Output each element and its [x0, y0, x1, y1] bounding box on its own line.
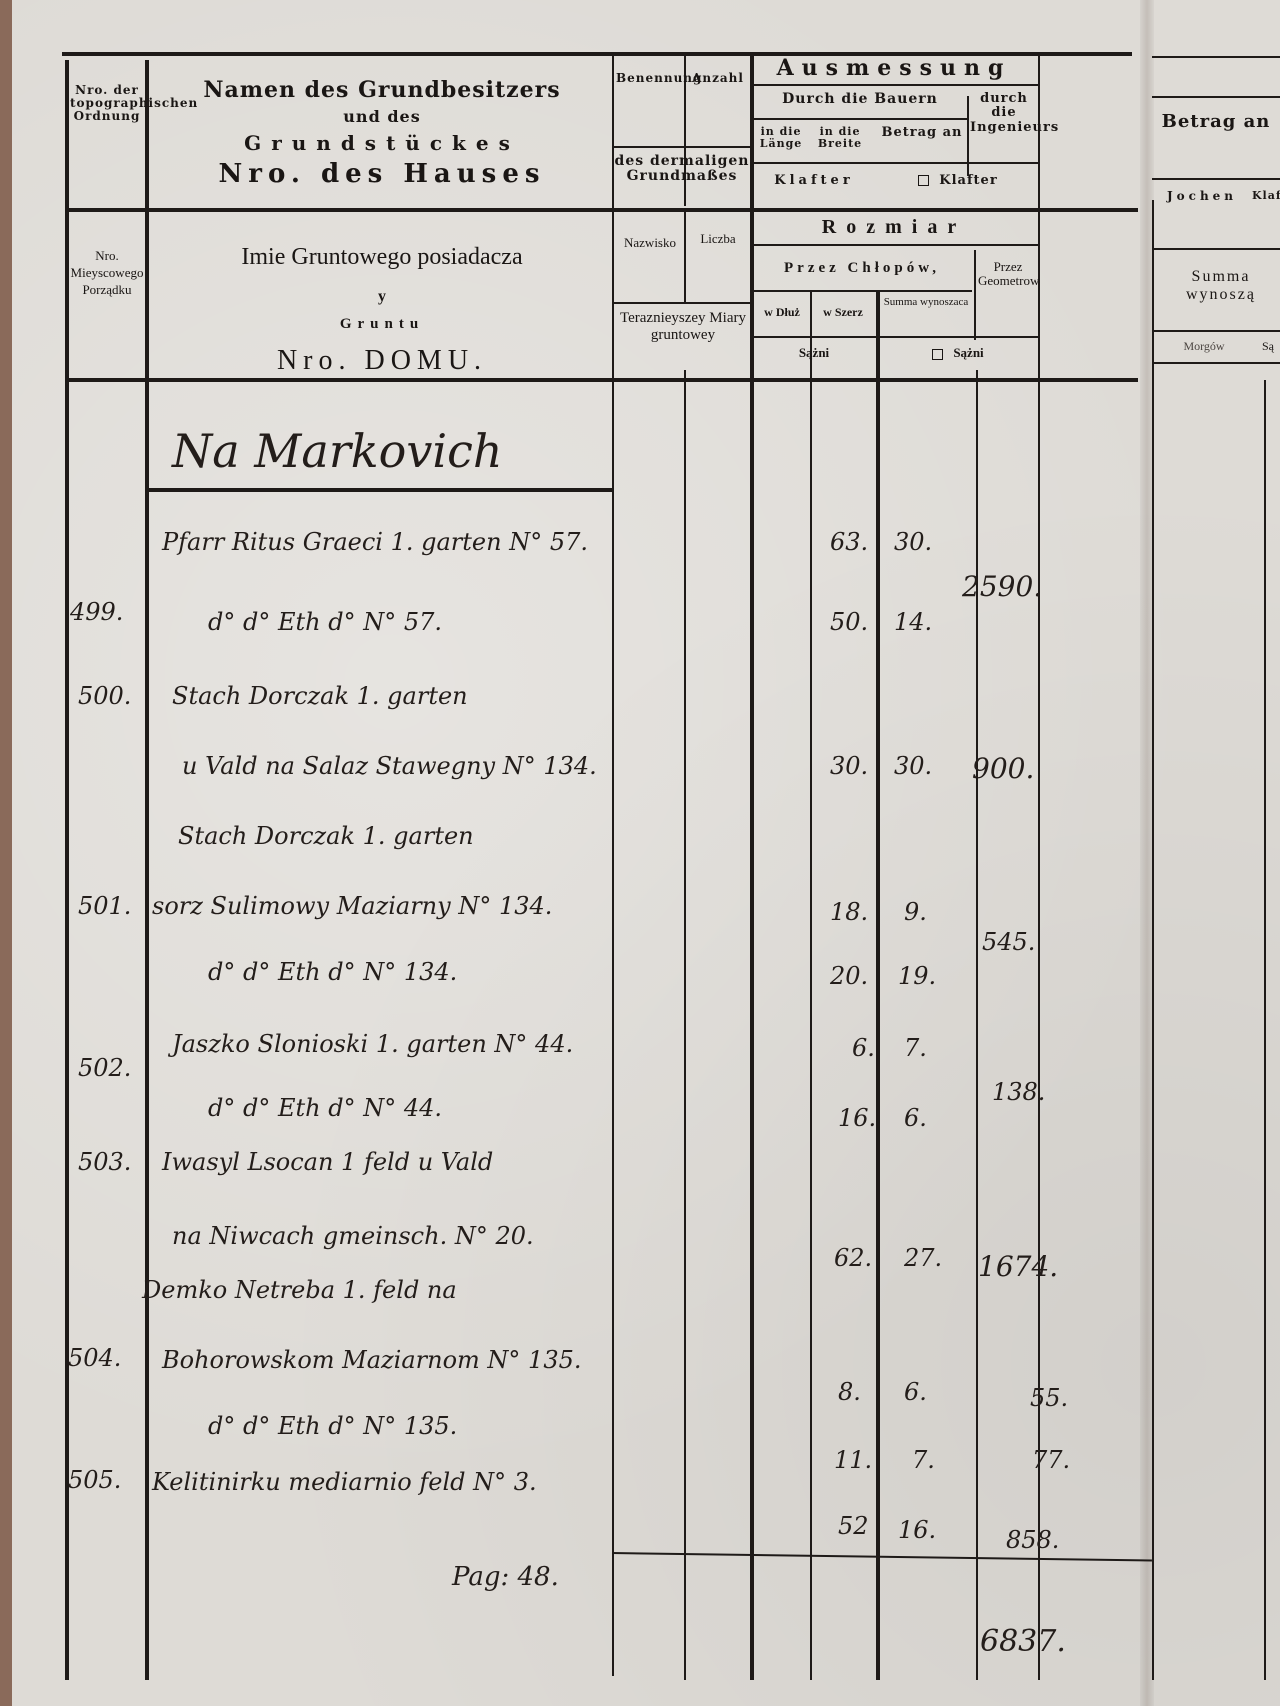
nazwisko-bottom: [612, 302, 750, 304]
header-sazni-sq-label: Sążni: [953, 345, 983, 360]
row-text: Stach Dorczak 1. garten: [172, 682, 468, 710]
row-dluz: 11.: [834, 1446, 872, 1474]
header-name-de-1: Namen des Grundbesitzers: [152, 78, 612, 102]
row-szerz: 7.: [912, 1446, 935, 1474]
row-text: Pfarr Ritus Graeci 1. garten N° 57.: [162, 528, 588, 556]
row-text: Bohorowskom Maziarnom N° 135.: [162, 1346, 582, 1374]
header-name-pl-1: Imie Gruntowego posiadacza: [152, 244, 612, 270]
row-text: Demko Netreba 1. feld na: [142, 1276, 457, 1304]
header-nazwisko: Nazwisko: [616, 236, 684, 250]
benennung-bottom: [612, 146, 750, 148]
row-summa: 1674.: [978, 1250, 1058, 1283]
header-klafter-sq: Klafter: [880, 174, 1036, 188]
right-morgow-rule: [1152, 362, 1280, 364]
geometrow-col-border: [1038, 56, 1040, 1680]
header-name-pl-4: Nro. DOMU.: [152, 346, 612, 377]
liczba-col-border: [684, 370, 686, 1680]
header-breite: in die Breite: [812, 126, 868, 150]
ausmessung-bottom: [752, 84, 1038, 86]
row-szerz: 6.: [904, 1378, 927, 1406]
rozmiar-bottom: [752, 244, 1038, 246]
header-rozmiar: Rozmiar: [754, 216, 1034, 238]
header-liczba: Liczba: [688, 232, 748, 246]
header-right-betrag: Betrag an: [1156, 112, 1276, 132]
row-dluz: 6.: [852, 1034, 875, 1062]
header-right-summa: Summa wynoszą: [1156, 268, 1280, 303]
header-name-de-4: Nro. des Hauses: [152, 160, 612, 189]
right-rozm-rule: [1152, 248, 1280, 250]
header-bottom-rule: [68, 378, 1138, 382]
header-morgow: Morgów: [1156, 340, 1252, 353]
row-szerz: 7.: [904, 1034, 927, 1062]
row-dluz: 52: [838, 1512, 869, 1540]
row-text: d° d° Eth d° N° 44.: [208, 1094, 442, 1122]
header-right-sa: Są: [1262, 340, 1280, 353]
row-dluz: 18.: [830, 898, 868, 926]
header-name-pl-2: y: [152, 288, 612, 306]
grand-total: 6837.: [980, 1624, 1066, 1659]
row-nro: 501.: [78, 892, 131, 920]
section-title: Na Markovich: [172, 424, 502, 478]
square-icon: [932, 349, 943, 360]
right-page-col-border-2: [1264, 380, 1266, 1680]
summa-col-border: [976, 370, 978, 1680]
row-nro: 505.: [68, 1466, 121, 1494]
ledger-page: Nro. der topographischen Ordnung Namen d…: [12, 0, 1280, 1706]
row-text: u Vald na Salaz Stawegny N° 134.: [182, 752, 597, 780]
dluz-bottom: [752, 336, 1038, 338]
right-betrag-rule: [1152, 178, 1280, 180]
ausmessung-left-border: [750, 56, 754, 1680]
right-page-col-border: [1152, 200, 1154, 1680]
header-betrag: Betrag an: [878, 126, 966, 140]
row-dluz: 50.: [830, 608, 868, 636]
right-ausm-rule: [1152, 96, 1280, 98]
dluz-col-border: [810, 290, 812, 1680]
square-icon: [918, 175, 929, 186]
name-col-border: [612, 56, 614, 1676]
row-summa: 138.: [992, 1078, 1045, 1106]
header-klafter-sq-label: Klafter: [939, 173, 997, 188]
header-durch-bauern: Durch die Bauern: [754, 92, 966, 107]
row-szerz: 16.: [898, 1516, 936, 1544]
header-ausmessung: Ausmessung: [754, 56, 1034, 80]
row-summa: 900.: [972, 752, 1034, 785]
nro-col-border: [145, 60, 149, 1680]
header-right-klafter: Klaft: [1252, 190, 1280, 202]
header-nro-pl: Nro. Mieyscowego Porządku: [70, 248, 144, 299]
row-nro: 500.: [78, 682, 131, 710]
header-miary: Teraznieyszey Miary gruntowey: [616, 310, 750, 343]
row-szerz: 14.: [894, 608, 932, 636]
row-text: Kelitinirku mediarnio feld N° 3.: [152, 1468, 537, 1496]
row-nro: 502.: [78, 1054, 131, 1082]
header-przez-chlopow: Przez Chłopów,: [754, 260, 970, 277]
bauern-bottom: [752, 118, 967, 120]
row-summa: 858.: [1006, 1526, 1059, 1554]
header-klafter: Klafter: [754, 174, 874, 188]
row-szerz: 30.: [894, 528, 932, 556]
row-dluz: 8.: [838, 1378, 861, 1406]
row-nro: 504.: [68, 1344, 121, 1372]
row-text: na Niwcach gmeinsch. N° 20.: [172, 1222, 534, 1250]
header-benennung: Benennung: [616, 72, 682, 85]
row-szerz: 9.: [904, 898, 927, 926]
row-dluz: 20.: [830, 962, 868, 990]
szerz-col-border: [876, 290, 880, 1680]
row-text: Jaszko Slonioski 1. garten N° 44.: [172, 1030, 573, 1058]
header-laenge: in die Länge: [754, 126, 808, 150]
header-nro-de: Nro. der topographischen Ordnung: [70, 84, 144, 124]
german-polish-divider: [68, 208, 1138, 212]
row-text: Stach Dorczak 1. garten: [178, 822, 474, 850]
row-dluz: 16.: [838, 1104, 876, 1132]
row-text: sorz Sulimowy Maziarny N° 134.: [152, 892, 552, 920]
row-nro: 499.: [70, 598, 123, 626]
row-summa: 55.: [1030, 1384, 1068, 1412]
row-text: d° d° Eth d° N° 134.: [208, 958, 457, 986]
header-grundmass: des dermaligen Grundmaßes: [614, 154, 750, 185]
header-przez-geometrow: Przez Geometrow: [978, 260, 1038, 289]
row-text: d° d° Eth d° N° 135.: [208, 1412, 457, 1440]
right-summa-rule: [1152, 330, 1280, 332]
header-joch: Jochen: [1156, 190, 1248, 203]
right-top-rule: [1152, 56, 1280, 58]
row-szerz: 19.: [898, 962, 936, 990]
page-reference: Pag: 48.: [452, 1562, 559, 1592]
row-szerz: 6.: [904, 1104, 927, 1132]
header-sazni-sq: Sążni: [880, 346, 1036, 360]
nazwisko-divider: [684, 212, 686, 302]
row-dluz: 30.: [830, 752, 868, 780]
row-szerz: 30.: [894, 752, 932, 780]
header-summa-wynoszaca: Summa wynoszaca: [880, 296, 972, 308]
row-dluz: 63.: [830, 528, 868, 556]
header-name-pl-3: Gruntu: [152, 316, 612, 333]
chlopow-bottom: [752, 290, 972, 292]
row-text: Iwasyl Lsocan 1 feld u Vald: [162, 1148, 493, 1176]
ingenieurs-divider: [967, 96, 969, 176]
row-summa: 77.: [1032, 1446, 1070, 1474]
header-w-dluz: w Dłuż: [754, 306, 810, 319]
laenge-bottom: [752, 162, 1038, 164]
header-anzahl: Anzahl: [688, 72, 748, 85]
header-name-de-3: Grundstückes: [152, 132, 612, 154]
row-nro: 503.: [78, 1148, 131, 1176]
section-underline: [148, 488, 612, 492]
row-dluz: 62.: [834, 1244, 872, 1272]
left-border: [65, 60, 69, 1680]
header-w-szerz: w Szerz: [812, 306, 874, 319]
header-ingenieurs: durch die Ingenieurs: [970, 92, 1038, 135]
row-summa: 2590.: [962, 570, 1042, 603]
geometrow-divider: [974, 250, 976, 340]
header-name-de-2: und des: [152, 108, 612, 126]
row-summa: 545.: [982, 928, 1035, 956]
total-rule: [612, 1552, 1152, 1562]
header-sazni: Sążni: [754, 346, 874, 360]
row-text: d° d° Eth d° N° 57.: [208, 608, 442, 636]
row-szerz: 27.: [904, 1244, 942, 1272]
